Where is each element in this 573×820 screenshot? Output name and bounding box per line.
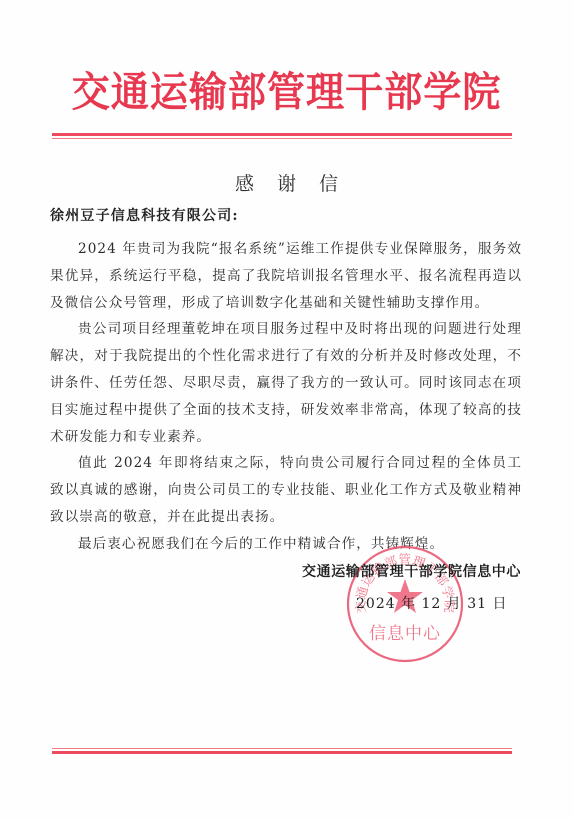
letterhead-title: 交通运输部管理干部学院: [20, 68, 553, 116]
paragraph: 值此 2024 年即将结束之际，特向贵公司履行合同过程的全体员工致以真诚的感谢，…: [50, 450, 522, 530]
footer-rule: [52, 748, 512, 754]
rule-thin: [52, 748, 512, 749]
stamp-bottom-text: 信息中心: [369, 624, 441, 644]
letterhead-rule-top: [52, 133, 512, 139]
letter-body: 2024 年贵司为我院“报名系统”运维工作提供专业保障服务，服务效果优异，系统运…: [50, 236, 522, 558]
letter-page: 交通运输部管理干部学院 感谢信 徐州豆子信息科技有限公司: 2024 年贵司为我…: [0, 0, 573, 820]
paragraph: 2024 年贵司为我院“报名系统”运维工作提供专业保障服务，服务效果优异，系统运…: [50, 236, 522, 316]
paragraph: 贵公司项目经理董乾坤在项目服务过程中及时将出现的问题进行处理解决，对于我院提出的…: [50, 316, 522, 450]
signature-date: 2024 年 12 月 31 日: [356, 594, 508, 614]
rule-thin: [52, 138, 512, 139]
salutation: 徐州豆子信息科技有限公司:: [50, 205, 239, 227]
rule-thick: [52, 133, 512, 136]
document-title: 感谢信: [0, 172, 573, 196]
rule-thick: [52, 751, 512, 754]
signature-organization: 交通运输部管理干部学院信息中心: [302, 562, 521, 582]
